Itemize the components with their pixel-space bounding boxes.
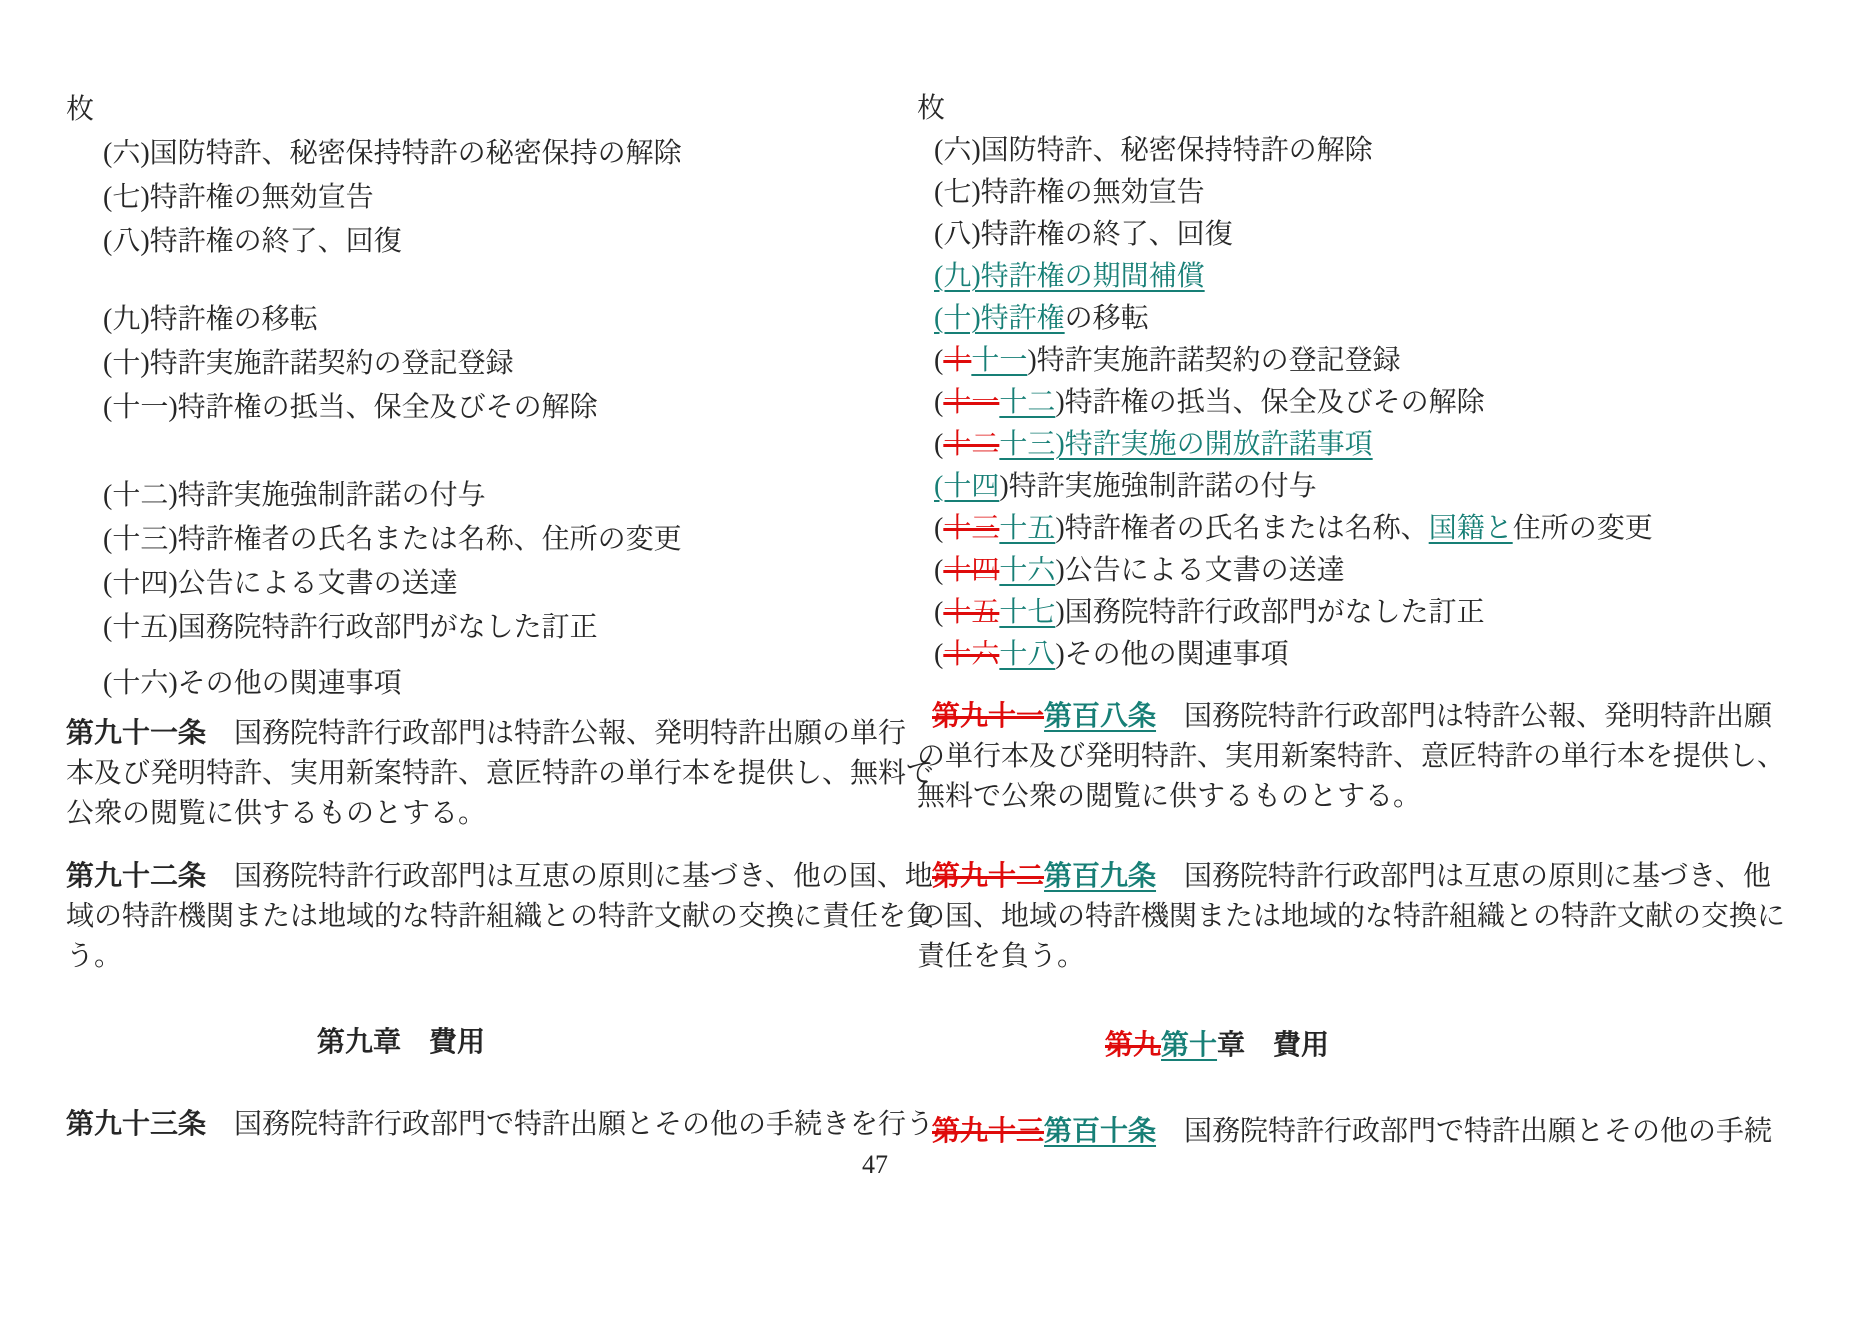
blank-row	[66, 430, 916, 474]
text-run: (七)特許権の無効宣告	[934, 177, 1205, 208]
text-run: 国務院特許行政部門で特許出願とその他の手続きを行う	[206, 1109, 934, 1140]
text-run: (	[934, 639, 943, 670]
inserted-text: 十五	[999, 513, 1055, 544]
paragraph-line: う。	[66, 937, 916, 977]
text-run: )特許実施許諾契約の登記登録	[1027, 345, 1400, 376]
text-run: (八)特許権の終了、回復	[103, 226, 402, 257]
column-lead-char: 枚	[66, 88, 916, 132]
paragraph-line: 第九十三条 国務院特許行政部門で特許出願とその他の手続きを行う	[66, 1105, 916, 1145]
list-item: (六)国防特許、秘密保持特許の秘密保持の解除	[66, 132, 916, 176]
blank-row	[66, 650, 916, 662]
text-run: (十四)公告による文書の送達	[103, 568, 458, 599]
list-item: (八)特許権の終了、回復	[66, 220, 916, 264]
text-run: 域の特許機関または地域的な特許組織との特許文献の交換に責任を負	[66, 901, 934, 932]
inserted-text: 第十	[1161, 1030, 1217, 1061]
text-run: )国務院特許行政部門がなした訂正	[1055, 597, 1484, 628]
text-run: 本及び発明特許、実用新案特許、意匠特許の単行本を提供し、無料で	[66, 758, 934, 789]
text-run: 公衆の閲覧に供するものとする。	[66, 798, 486, 829]
paragraph-line: 第九十一第百八条 国務院特許行政部門は特許公報、発明特許出願	[917, 697, 1757, 737]
text-run: う。	[66, 941, 122, 972]
paragraph-line: 域の特許機関または地域的な特許組織との特許文献の交換に責任を負	[66, 897, 916, 937]
inserted-text: 十一	[971, 345, 1027, 376]
list-item: (十六十八)その他の関連事項	[917, 634, 1757, 676]
inserted-text: 第百九条	[1044, 861, 1156, 892]
text-run: 国務院特許行政部門は互恵の原則に基づき、他の国、地	[206, 861, 933, 892]
paragraph-line: 第九第十章 費用	[1105, 1026, 1757, 1066]
text-run: 国務院特許行政部門は互恵の原則に基づき、他	[1156, 861, 1771, 892]
list-item: (十)特許権の移転	[917, 298, 1757, 340]
text-run: 第九十一条	[66, 718, 206, 749]
text-run: )特許権の抵当、保全及びその解除	[1055, 387, 1484, 418]
deleted-text: 十二	[943, 429, 999, 460]
list-item: (十)特許実施許諾契約の登記登録	[66, 342, 916, 386]
list-item: (十十一)特許実施許諾契約の登記登録	[917, 340, 1757, 382]
text-run: の移転	[1065, 303, 1149, 334]
article-paragraph: 第九十二条 国務院特許行政部門は互恵の原則に基づき、他の国、地域の特許機関または…	[66, 857, 916, 977]
text-run: (九)特許権の移転	[103, 304, 318, 335]
list-item: (十三十五)特許権者の氏名または名称、国籍と住所の変更	[917, 508, 1757, 550]
paragraph-line: 責任を負う。	[917, 937, 1757, 977]
paragraph-line: 無料で公衆の閲覧に供するものとする。	[917, 777, 1757, 817]
text-run: 第九章 費用	[317, 1027, 485, 1058]
text-run: の国、地域の特許機関または地域的な特許組織との特許文献の交換に	[917, 901, 1785, 932]
inserted-text: 十六	[999, 555, 1055, 586]
list-item: (十二十三)特許実施の開放許諾事項	[917, 424, 1757, 466]
inserted-text: (十四	[934, 471, 999, 502]
inserted-text: 国籍と	[1429, 513, 1513, 544]
inserted-text: 十八	[999, 639, 1055, 670]
deleted-text: 十五	[943, 597, 999, 628]
paragraph-line: 第九十三第百十条 国務院特許行政部門で特許出願とその他の手続	[917, 1112, 1757, 1152]
deleted-text: 第九	[1105, 1030, 1161, 1061]
list-item: (九)特許権の移転	[66, 298, 916, 342]
list-item: (十三)特許権者の氏名または名称、住所の変更	[66, 518, 916, 562]
text-run: の単行本及び発明特許、実用新案特許、意匠特許の単行本を提供し、	[917, 741, 1785, 772]
text-run: )特許実施強制許諾の付与	[999, 471, 1316, 502]
text-run: (六)国防特許、秘密保持特許の解除	[934, 135, 1373, 166]
list-item: (九)特許権の期間補償	[917, 256, 1757, 298]
list-item: (十五十七)国務院特許行政部門がなした訂正	[917, 592, 1757, 634]
paragraph-line: 第九十二第百九条 国務院特許行政部門は互恵の原則に基づき、他	[917, 857, 1757, 897]
text-run: )公告による文書の送達	[1055, 555, 1344, 586]
deleted-text: 十一	[943, 387, 999, 418]
text-run: (	[934, 387, 943, 418]
text-run: )その他の関連事項	[1055, 639, 1288, 670]
page-number: 47	[862, 1150, 888, 1180]
paragraph-line: の単行本及び発明特許、実用新案特許、意匠特許の単行本を提供し、	[917, 737, 1757, 777]
article-paragraph: 第九十二第百九条 国務院特許行政部門は互恵の原則に基づき、他の国、地域の特許機関…	[917, 857, 1757, 977]
text-run: (十六)その他の関連事項	[103, 668, 402, 699]
text-run: 国務院特許行政部門は特許公報、発明特許出願	[1156, 701, 1772, 732]
text-run: (	[934, 597, 943, 628]
list-item: (十四十六)公告による文書の送達	[917, 550, 1757, 592]
text-run: (十二)特許実施強制許諾の付与	[103, 480, 486, 511]
text-run: 第九十三条	[66, 1109, 206, 1140]
deleted-text: 十三	[943, 513, 999, 544]
text-run: (八)特許権の終了、回復	[934, 219, 1233, 250]
text-run: (六)国防特許、秘密保持特許の秘密保持の解除	[103, 138, 682, 169]
inserted-text: (十)特許権	[934, 303, 1065, 334]
text-run: )特許権者の氏名または名称、	[1055, 513, 1428, 544]
inserted-text: 第百八条	[1044, 701, 1156, 732]
text-run: (七)特許権の無効宣告	[103, 182, 374, 213]
text-run: 章 費用	[1217, 1030, 1329, 1061]
text-run: (	[934, 429, 943, 460]
chapter-heading: 第九章 費用	[317, 1023, 916, 1063]
list-item: (十六)その他の関連事項	[66, 662, 916, 706]
list-item: (八)特許権の終了、回復	[917, 214, 1757, 256]
paragraph-line: 本及び発明特許、実用新案特許、意匠特許の単行本を提供し、無料で	[66, 754, 916, 794]
revised-law-column: 枚(六)国防特許、秘密保持特許の解除(七)特許権の無効宣告(八)特許権の終了、回…	[917, 88, 1757, 1152]
paragraph-line: 第九十二条 国務院特許行政部門は互恵の原則に基づき、他の国、地	[66, 857, 916, 897]
chapter-heading: 第九第十章 費用	[1105, 1026, 1757, 1066]
article-paragraph: 第九十一第百八条 国務院特許行政部門は特許公報、発明特許出願の単行本及び発明特許…	[917, 697, 1757, 817]
text-run: 住所の変更	[1513, 513, 1653, 544]
paragraph-line: の国、地域の特許機関または地域的な特許組織との特許文献の交換に	[917, 897, 1757, 937]
document-page: 枚(六)国防特許、秘密保持特許の秘密保持の解除(七)特許権の無効宣告(八)特許権…	[0, 0, 1871, 1323]
inserted-text: 十二	[999, 387, 1055, 418]
text-run: (	[934, 555, 943, 586]
text-run: 国務院特許行政部門は特許公報、発明特許出願の単行	[206, 718, 906, 749]
text-run: (十三)特許権者の氏名または名称、住所の変更	[103, 524, 682, 555]
list-item: (十四)公告による文書の送達	[66, 562, 916, 606]
column-lead-char: 枚	[917, 88, 1757, 130]
text-run: (	[934, 345, 943, 376]
list-item: (十四)特許実施強制許諾の付与	[917, 466, 1757, 508]
text-run: 責任を負う。	[917, 941, 1085, 972]
deleted-text: 第九十二	[932, 861, 1044, 892]
list-item: (十一十二)特許権の抵当、保全及びその解除	[917, 382, 1757, 424]
deleted-text: 十六	[943, 639, 999, 670]
inserted-text: (九)特許権の期間補償	[934, 261, 1205, 292]
inserted-text: 十三)特許実施の開放許諾事項	[999, 429, 1372, 460]
text-run: (十五)国務院特許行政部門がなした訂正	[103, 612, 598, 643]
paragraph-line: 公衆の閲覧に供するものとする。	[66, 794, 916, 834]
deleted-text: 第九十三	[932, 1116, 1044, 1147]
list-item: (十五)国務院特許行政部門がなした訂正	[66, 606, 916, 650]
article-paragraph: 第九十三条 国務院特許行政部門で特許出願とその他の手続きを行う	[66, 1105, 916, 1145]
paragraph-line: 第九十一条 国務院特許行政部門は特許公報、発明特許出願の単行	[66, 714, 916, 754]
list-item: (十一)特許権の抵当、保全及びその解除	[66, 386, 916, 430]
article-paragraph: 第九十一条 国務院特許行政部門は特許公報、発明特許出願の単行本及び発明特許、実用…	[66, 714, 916, 834]
text-run: (	[934, 513, 943, 544]
list-item: (十二)特許実施強制許諾の付与	[66, 474, 916, 518]
inserted-text: 第百十条	[1044, 1116, 1156, 1147]
old-law-column: 枚(六)国防特許、秘密保持特許の秘密保持の解除(七)特許権の無効宣告(八)特許権…	[66, 88, 916, 1145]
deleted-text: 第九十一	[932, 701, 1044, 732]
deleted-text: 十	[943, 345, 971, 376]
inserted-text: 十七	[999, 597, 1055, 628]
list-item: (七)特許権の無効宣告	[66, 176, 916, 220]
text-run: 無料で公衆の閲覧に供するものとする。	[917, 781, 1421, 812]
text-run: 第九十二条	[66, 861, 206, 892]
blank-row	[66, 264, 916, 298]
paragraph-line: 第九章 費用	[317, 1023, 916, 1063]
text-run: (十)特許実施許諾契約の登記登録	[103, 348, 514, 379]
deleted-text: 十四	[943, 555, 999, 586]
article-paragraph: 第九十三第百十条 国務院特許行政部門で特許出願とその他の手続	[917, 1112, 1757, 1152]
text-run: (十一)特許権の抵当、保全及びその解除	[103, 392, 598, 423]
list-item: (七)特許権の無効宣告	[917, 172, 1757, 214]
list-item: (六)国防特許、秘密保持特許の解除	[917, 130, 1757, 172]
text-run: 国務院特許行政部門で特許出願とその他の手続	[1156, 1116, 1772, 1147]
